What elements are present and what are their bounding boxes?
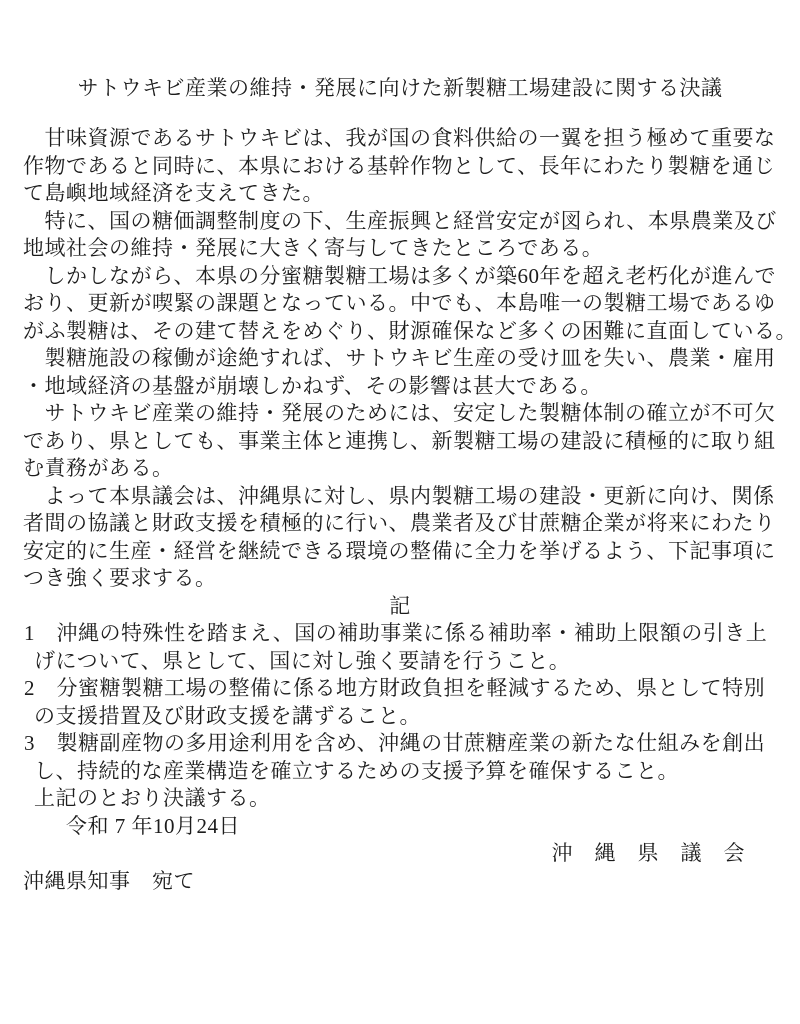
list-item-line: 2 分蜜糖製糖工場の整備に係る地方財政負担を軽減するため、県として特別 [24,675,800,703]
body-line: む責務がある。 [23,455,800,483]
body-line: 特に、国の糖価調整制度の下、生産振興と経営安定が図られ、本県農業及び [23,208,800,236]
body-line: よって本県議会は、沖縄県に対し、県内製糖工場の建設・更新に向け、関係 [23,483,800,511]
body-line: 安定的に生産・経営を継続できる環境の整備に全力を挙げるよう、下記事項に [23,538,800,566]
body-line: であり、県としても、事業主体と連携し、新製糖工場の建設に積極的に取り組 [23,428,800,456]
section-marker: 記 [0,593,800,621]
list-item-line: げについて、県として、国に対し強く要請を行うこと。 [34,648,800,676]
list-item-line: 1 沖縄の特殊性を踏まえ、国の補助事業に係る補助率・補助上限額の引き上 [24,620,800,648]
body-line: 地域社会の維持・発展に大きく寄与してきたところである。 [23,235,800,263]
document-title: サトウキビ産業の維持・発展に向けた新製糖工場建設に関する決議 [0,0,800,102]
body-line: つき強く要求する。 [23,565,800,593]
body-line: ・地域経済の基盤が崩壊しかねず、その影響は甚大である。 [23,373,800,401]
list-item-line: 3 製糖副産物の多用途利用を含め、沖縄の甘蔗糖産業の新たな仕組みを創出 [24,730,800,758]
body-line: しかしながら、本県の分蜜糖製糖工場は多くが築60年を超え老朽化が進んで [23,263,800,291]
body-line: て島嶼地域経済を支えてきた。 [23,180,800,208]
list-item-line: し、持続的な産業構造を確立するための支援予算を確保すること。 [34,758,800,786]
body-line: サトウキビ産業の維持・発展のためには、安定した製糖体制の確立が不可欠 [23,400,800,428]
closing-line: 上記のとおり決議する。 [34,785,800,813]
body-line: 作物であると同時に、本県における基幹作物として、長年にわたり製糖を通じ [23,153,800,181]
date-line: 令和 7 年10月24日 [66,813,800,841]
list-item-line: の支援措置及び財政支援を講ずること。 [34,703,800,731]
addressee-line: 沖縄県知事 宛て [23,868,800,896]
body-line: 製糖施設の稼働が途絶すれば、サトウキビ生産の受け皿を失い、農業・雇用 [23,345,800,373]
document-body: 甘味資源であるサトウキビは、我が国の食料供給の一翼を担う極めて重要な 作物である… [0,125,800,895]
signature-line: 沖 縄 県 議 会 [0,840,745,868]
body-line: 甘味資源であるサトウキビは、我が国の食料供給の一翼を担う極めて重要な [23,125,800,153]
body-line: おり、更新が喫緊の課題となっている。中でも、本島唯一の製糖工場であるゆ [23,290,800,318]
body-line: 者間の協議と財政支援を積極的に行い、農業者及び甘蔗糖企業が将来にわたり [23,510,800,538]
body-line: がふ製糖は、その建て替えをめぐり、財源確保など多くの困難に直面している。 [23,318,800,346]
document-page: サトウキビ産業の維持・発展に向けた新製糖工場建設に関する決議 甘味資源であるサト… [0,0,800,1024]
